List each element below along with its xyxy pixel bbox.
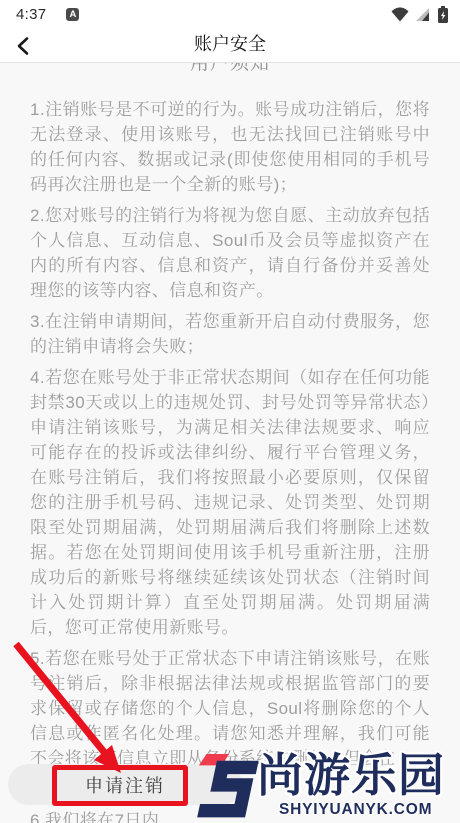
terms-paragraph-3: 3.在注销申请期间，若您重新开启自动付费服务，您的注销申请将会失败； [30, 309, 430, 359]
status-bar: 4:37 A [0, 0, 460, 28]
terms-paragraph-1: 1.注销账号是不可逆的行为。账号成功注销后，您将无法登录、使用该账号，也无法找回… [30, 97, 430, 197]
clipped-section-heading: 用户须知 [30, 63, 430, 77]
app-screen: 4:37 A 账户安全 用户须知 [0, 0, 460, 823]
wifi-icon [391, 7, 409, 22]
terms-paragraph-4: 4.若您在账号处于非正常状态期间（如存在任何功能封禁30天或以上的违规处罚、封号… [30, 365, 430, 640]
page-title: 账户安全 [0, 28, 460, 62]
battery-charging-icon [436, 5, 450, 24]
watermark-site-url: SHYIYUANYK.COM [279, 801, 432, 819]
watermark-logo-s [185, 754, 261, 822]
terms-scroll-area[interactable]: 用户须知 1.注销账号是不可逆的行为。账号成功注销后，您将无法登录、使用该账号，… [0, 63, 460, 823]
terms-paragraph-2: 2.您对账号的注销行为将视为您自愿、主动放弃包括个人信息、互动信息、Soul币及… [30, 203, 430, 303]
nav-header: 账户安全 [0, 28, 460, 63]
cell-signal-icon [415, 7, 430, 22]
watermark-brand-name: 尚游乐园 [257, 752, 445, 798]
app-notification-icon: A [66, 8, 79, 21]
annotation-highlight-box [52, 765, 188, 806]
status-time: 4:37 [16, 6, 46, 23]
watermark: 尚游乐园 SHYIYUANYK.COM [183, 748, 460, 823]
